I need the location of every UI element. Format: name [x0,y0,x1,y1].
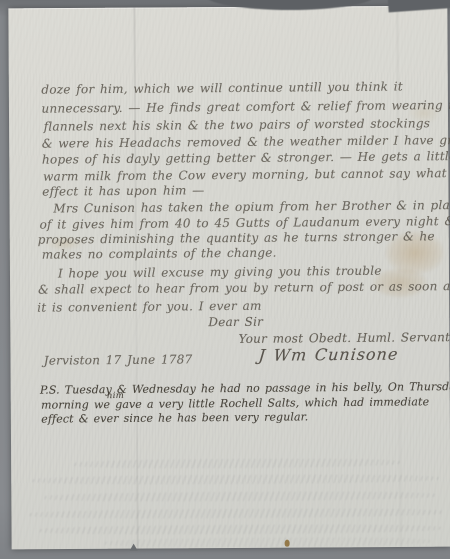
ps-line-2: morning we gave a very little Rochell Sa… [41,395,429,411]
body-line-7: effect it has upon him — [42,183,204,198]
body-line-2: unnecessary. — He finds great comfort & … [41,98,450,116]
body-line-8: Mrs Cunison has taken the opium from her… [53,198,450,216]
body-line-6: warm milk from the Cow every morning, bu… [43,166,447,184]
dateline: Jerviston 17 June 1787 [44,352,193,367]
body-line-12: I hope you will excuse my giving you thi… [58,264,382,281]
ps-line-1: P.S. Tuesday & Wednesday he had no passa… [40,380,450,397]
signature: J Wm Cunisone [258,345,400,365]
scan-stage: doze for him, which we will continue unt… [0,0,450,559]
body-line-5: hopes of his dayly getting better & stro… [42,149,450,167]
letter-body: doze for him, which we will continue unt… [8,5,450,550]
body-line-4: & were his Headachs removed & the weathe… [42,133,450,151]
valediction: Your most Obedt. Huml. Servant [238,330,450,346]
body-line-10: proposes diminishing the quantity as he … [38,229,435,246]
body-line-13: & shall expect to hear from you by retur… [38,279,450,297]
body-line-14: it is convenient for you. I ever am [37,299,261,315]
body-line-1: doze for him, which we will continue unt… [41,79,403,96]
ps-line-3: effect & ever since he has been very reg… [41,410,308,425]
salutation: Dear Sir [208,315,263,329]
body-line-11: makes no complaints of the change. [42,246,277,262]
letter-page: doze for him, which we will continue unt… [8,6,450,550]
body-line-3: flannels next his skin & the two pairs o… [44,116,431,133]
